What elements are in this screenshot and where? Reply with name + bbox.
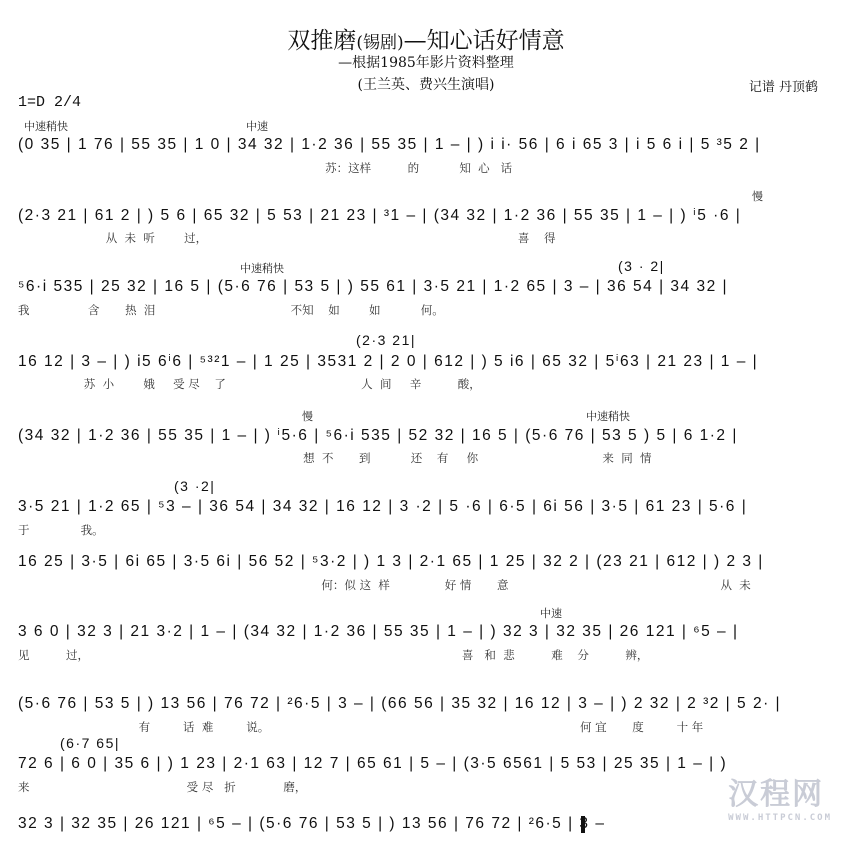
tempo-marking: 慢 [752, 188, 763, 204]
tempo-marking: 慢 [302, 408, 313, 424]
title-genre: (锡剧) [356, 33, 403, 53]
final-barline [581, 816, 585, 833]
notation-line: (5·6 76 | 53 5 | ) 13 56 | 76 72 | ²6·5 … [18, 695, 781, 713]
lyrics-line: 苏 小 娥 受 尽 了 人 间 辛 酸， [18, 376, 481, 392]
song-title: 双推磨(锡剧)—知心话好情意 [0, 22, 852, 55]
lyrics-line: 来 受 尽 折 磨， [18, 779, 306, 795]
accompaniment-aside: (2·3 21| [356, 332, 416, 348]
tempo-marking: 中速稍快 [24, 118, 68, 134]
source-note: —根据1985年影片资料整理 [0, 52, 852, 72]
score-row: 3 6 0 | 32 3 | 21 3·2 | 1 – | (34 32 | 1… [18, 623, 818, 663]
tempo-marking: 中速 [246, 118, 268, 134]
lyrics-line: 我 含 热 泪 不知 如 如 何。 [18, 302, 444, 318]
watermark-logo: 汉程网 [728, 777, 824, 812]
score-row: (0 35 | 1 76 | 55 35 | 1 0 | 34 32 | 1·2… [18, 136, 818, 176]
tempo-marking: 中速稍快 [586, 408, 630, 424]
lyrics-line: 何：似 这 样 好 情 意 从 未 [18, 577, 751, 593]
lyrics-line: 于 我。 [18, 522, 104, 538]
notation-line: ⁵6·i 535 | 25 32 | 16 5 | (5·6 76 | 53 5… [18, 278, 728, 296]
key-time-signature: 1=D 2/4 [18, 94, 81, 111]
accompaniment-aside: (3 ·2| [174, 478, 215, 494]
transcriber-credit: 记谱 丹顶鹤 [749, 76, 818, 95]
watermark-url: WWW.HTTPCN.COM [728, 813, 832, 823]
title-subtitle: —知心话好情意 [404, 28, 565, 54]
notation-line: (2·3 21 | 61 2 | ) 5 6 | 65 32 | 5 53 | … [18, 206, 741, 225]
score-row: ⁵6·i 535 | 25 32 | 16 5 | (5·6 76 | 53 5… [18, 278, 818, 318]
score-row: (34 32 | 1·2 36 | 55 35 | 1 – | ) ⁱ5·6 |… [18, 426, 818, 466]
lyrics-line: 见 过， 喜 和 悲 难 分 辨， [18, 647, 648, 663]
notation-line: (0 35 | 1 76 | 55 35 | 1 0 | 34 32 | 1·2… [18, 136, 761, 154]
watermark: 汉程网 WWW.HTTPCN.COM [728, 769, 832, 823]
lyrics-line: 从 未 听 过， 喜 得 [18, 230, 555, 246]
score-row: 3·5 21 | 1·2 65 | ⁵3 – | 36 54 | 34 32 |… [18, 498, 818, 538]
lyrics-line: 有 话 难 说。 何 宜 度 十 年 [18, 719, 703, 735]
notation-line: 72 6 | 6 0 | 35 6 | ) 1 23 | 2·1 63 | 12… [18, 755, 727, 773]
tempo-marking: 中速稍快 [240, 260, 284, 276]
score-row: 32 3 | 32 35 | 26 121 | ⁶5 – | (5·6 76 |… [18, 815, 818, 849]
accompaniment-aside: (3 · 2| [618, 258, 665, 274]
notation-line: 32 3 | 32 35 | 26 121 | ⁶5 – | (5·6 76 |… [18, 815, 605, 833]
score-row: 72 6 | 6 0 | 35 6 | ) 1 23 | 2·1 63 | 12… [18, 755, 818, 795]
lyrics-line: 苏：这样 的 知 心 话 [18, 160, 512, 176]
score-row: (5·6 76 | 53 5 | ) 13 56 | 76 72 | ²6·5 … [18, 695, 818, 735]
score-row: (2·3 21 | 61 2 | ) 5 6 | 65 32 | 5 53 | … [18, 206, 818, 246]
title-main: 双推磨 [287, 28, 356, 54]
score-row: 16 25 | 3·5 | 6i 65 | 3·5 6i | 56 52 | ⁵… [18, 553, 818, 593]
notation-line: 16 25 | 3·5 | 6i 65 | 3·5 6i | 56 52 | ⁵… [18, 553, 764, 571]
notation-line: (34 32 | 1·2 36 | 55 35 | 1 – | ) ⁱ5·6 |… [18, 426, 738, 445]
tempo-marking: 中速 [540, 605, 562, 621]
accompaniment-aside: (6·7 65| [60, 735, 120, 751]
score-row: 16 12 | 3 – | ) i5 6ⁱ6 | ⁵³²1 – | 1 25 |… [18, 352, 818, 392]
notation-line: 3·5 21 | 1·2 65 | ⁵3 – | 36 54 | 34 32 |… [18, 498, 747, 516]
notation-line: 3 6 0 | 32 3 | 21 3·2 | 1 – | (34 32 | 1… [18, 623, 739, 641]
performers: (王兰英、费兴生演唱) [0, 74, 852, 94]
lyrics-line: 想 不 到 还 有 你 来 同 情 [18, 450, 652, 466]
notation-line: 16 12 | 3 – | ) i5 6ⁱ6 | ⁵³²1 – | 1 25 |… [18, 352, 758, 371]
